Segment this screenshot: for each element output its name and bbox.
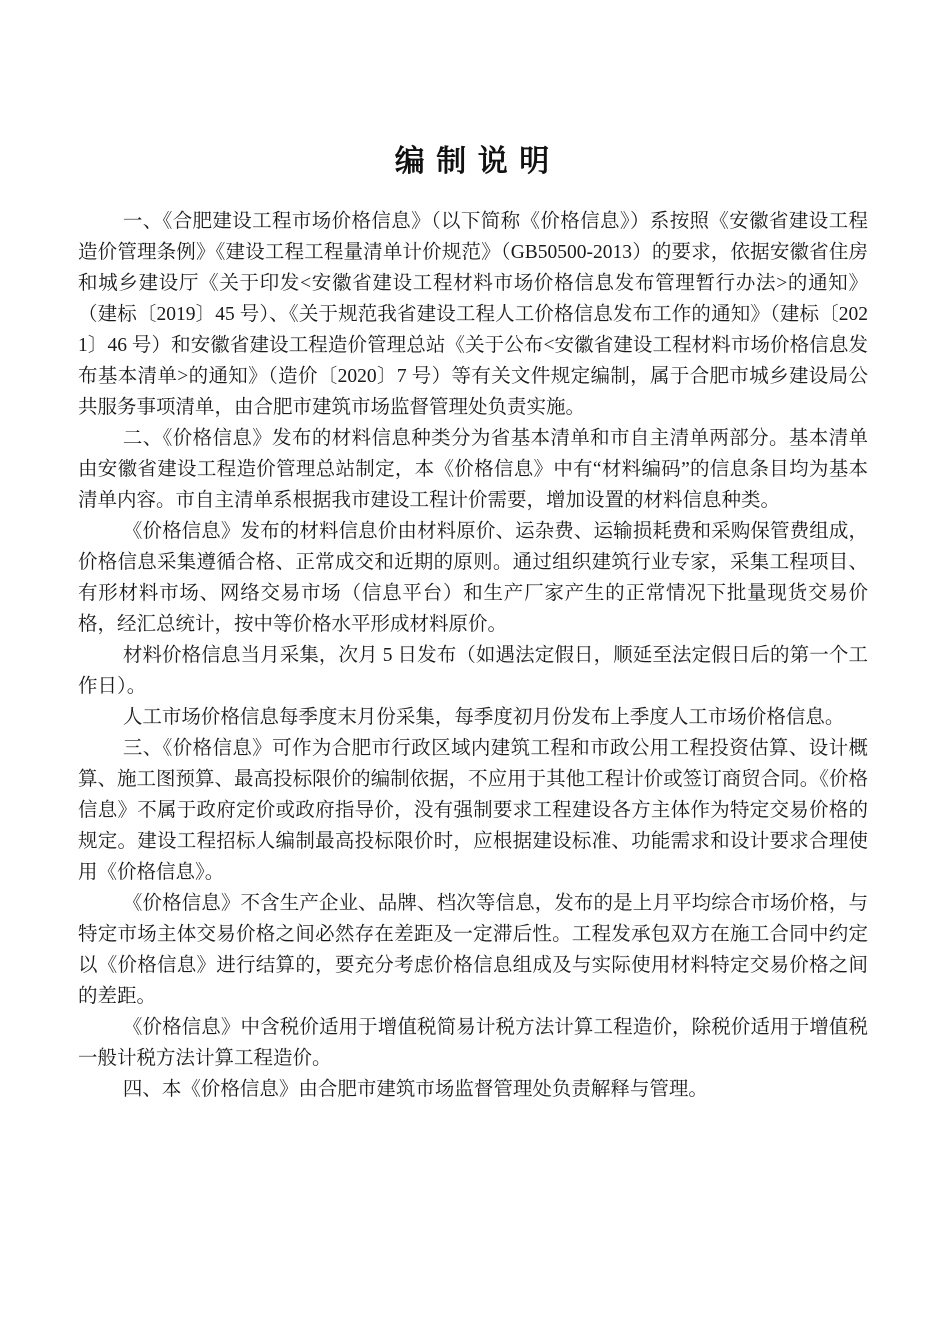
paragraph: 三、《价格信息》可作为合肥市行政区域内建筑工程和市政公用工程投资估算、设计概算、…: [78, 733, 868, 888]
paragraph: 人工市场价格信息每季度末月份采集，每季度初月份发布上季度人工市场价格信息。: [78, 702, 868, 733]
document-title: 编 制 说 明: [78, 143, 868, 180]
paragraph: 《价格信息》发布的材料信息价由材料原价、运杂费、运输损耗费和采购保管费组成，价格…: [78, 516, 868, 640]
paragraph: 一、《合肥建设工程市场价格信息》（以下简称《价格信息》）系按照《安徽省建设工程造…: [78, 206, 868, 423]
paragraph: 《价格信息》中含税价适用于增值税简易计税方法计算工程造价，除税价适用于增值税一般…: [78, 1012, 868, 1074]
paragraph: 二、《价格信息》发布的材料信息种类分为省基本清单和市自主清单两部分。基本清单由安…: [78, 423, 868, 516]
paragraph: 四、本《价格信息》由合肥市建筑市场监督管理处负责解释与管理。: [78, 1074, 868, 1105]
paragraph: 《价格信息》不含生产企业、品牌、档次等信息，发布的是上月平均综合市场价格，与特定…: [78, 888, 868, 1012]
paragraph: 材料价格信息当月采集，次月 5 日发布（如遇法定假日，顺延至法定假日后的第一个工…: [78, 640, 868, 702]
document-body: 一、《合肥建设工程市场价格信息》（以下简称《价格信息》）系按照《安徽省建设工程造…: [78, 206, 868, 1105]
document-page: 编 制 说 明 一、《合肥建设工程市场价格信息》（以下简称《价格信息》）系按照《…: [0, 0, 950, 1344]
